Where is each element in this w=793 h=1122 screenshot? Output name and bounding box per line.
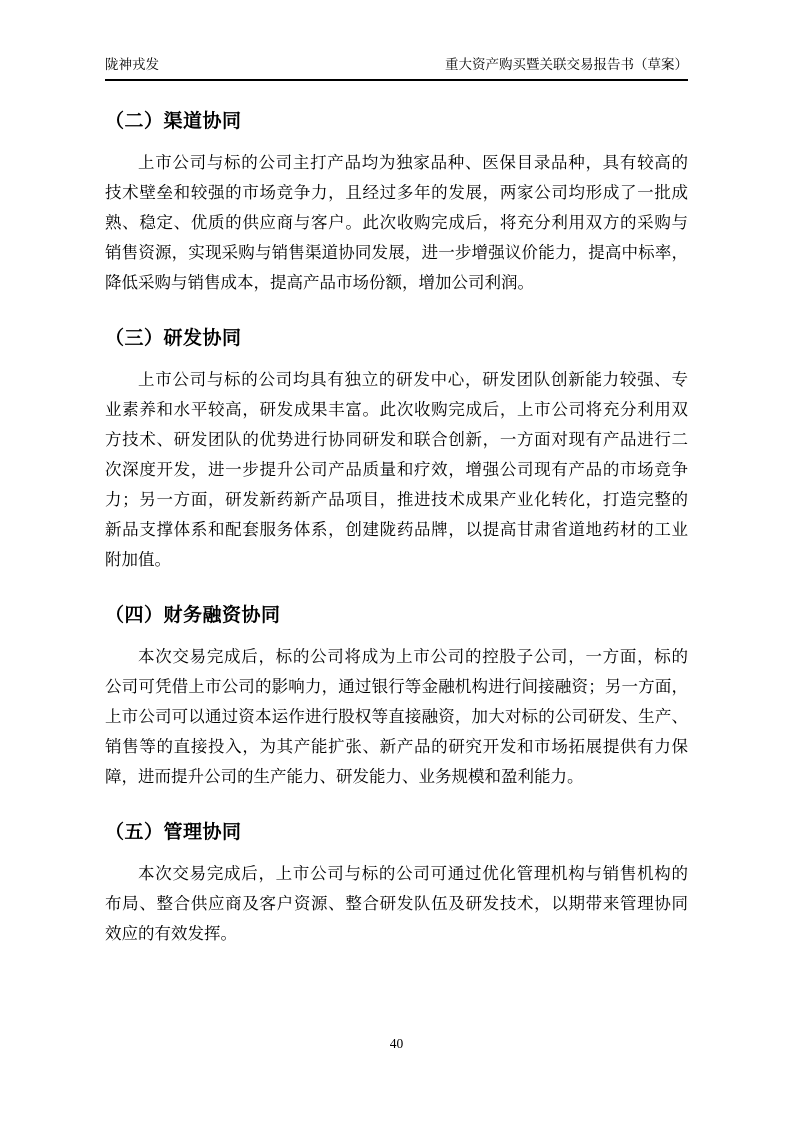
- paragraph-line: 力；另一方面，研发新药新产品项目，推进技术成果产业化转化，打造完整的: [105, 485, 688, 515]
- page-footer: 40: [0, 1036, 793, 1052]
- paragraph-line: 上市公司可以通过资本运作进行股权等直接融资，加大对标的公司研发、生产、: [105, 702, 688, 732]
- paragraph-line: 本次交易完成后，标的公司将成为上市公司的控股子公司，一方面，标的: [105, 642, 688, 672]
- section-paragraph: 上市公司与标的公司均具有独立的研发中心，研发团队创新能力较强、专业素养和水平较高…: [105, 365, 688, 575]
- header-right-title: 重大资产购买暨关联交易报告书（草案）: [445, 56, 688, 74]
- paragraph-line: 公司可凭借上市公司的影响力，通过银行等金融机构进行间接融资；另一方面，: [105, 672, 688, 702]
- paragraph-line: 本次交易完成后，上市公司与标的公司可通过优化管理机构与销售机构的: [105, 859, 688, 889]
- document-page: 陇神戎发 重大资产购买暨关联交易报告书（草案） （二）渠道协同上市公司与标的公司…: [0, 0, 793, 1122]
- paragraph-line: 熟、稳定、优质的供应商与客户。此次收购完成后，将充分利用双方的采购与: [105, 208, 688, 238]
- paragraph-line: 降低采购与销售成本，提高产品市场份额，增加公司利润。: [105, 268, 688, 298]
- paragraph-line: 布局、整合供应商及客户资源、整合研发队伍及研发技术，以期带来管理协同: [105, 889, 688, 919]
- document-body: （二）渠道协同上市公司与标的公司主打产品均为独家品种、医保目录品种，具有较高的技…: [105, 109, 688, 949]
- paragraph-line: 业素养和水平较高，研发成果丰富。此次收购完成后，上市公司将充分利用双: [105, 395, 688, 425]
- section-paragraph: 本次交易完成后，上市公司与标的公司可通过优化管理机构与销售机构的布局、整合供应商…: [105, 859, 688, 949]
- document-section: （三）研发协同上市公司与标的公司均具有独立的研发中心，研发团队创新能力较强、专业…: [105, 326, 688, 575]
- paragraph-line: 技术壁垒和较强的市场竞争力，且经过多年的发展，两家公司均形成了一批成: [105, 178, 688, 208]
- document-section: （五）管理协同本次交易完成后，上市公司与标的公司可通过优化管理机构与销售机构的布…: [105, 820, 688, 949]
- section-heading: （四）财务融资协同: [105, 603, 688, 629]
- section-heading: （三）研发协同: [105, 326, 688, 352]
- paragraph-line: 上市公司与标的公司均具有独立的研发中心，研发团队创新能力较强、专: [105, 365, 688, 395]
- paragraph-line: 附加值。: [105, 545, 688, 575]
- section-paragraph: 上市公司与标的公司主打产品均为独家品种、医保目录品种，具有较高的技术壁垒和较强的…: [105, 148, 688, 298]
- paragraph-line: 销售资源，实现采购与销售渠道协同发展，进一步增强议价能力，提高中标率，: [105, 238, 688, 268]
- page-header: 陇神戎发 重大资产购买暨关联交易报告书（草案）: [105, 56, 688, 81]
- page-number: 40: [390, 1036, 404, 1051]
- section-heading: （二）渠道协同: [105, 109, 688, 135]
- document-section: （四）财务融资协同本次交易完成后，标的公司将成为上市公司的控股子公司，一方面，标…: [105, 603, 688, 792]
- paragraph-line: 销售等的直接投入，为其产能扩张、新产品的研究开发和市场拓展提供有力保: [105, 732, 688, 762]
- paragraph-line: 障，进而提升公司的生产能力、研发能力、业务规模和盈利能力。: [105, 762, 688, 792]
- paragraph-line: 效应的有效发挥。: [105, 919, 688, 949]
- paragraph-line: 新品支撑体系和配套服务体系，创建陇药品牌，以提高甘肃省道地药材的工业: [105, 515, 688, 545]
- header-left-title: 陇神戎发: [105, 56, 159, 74]
- section-paragraph: 本次交易完成后，标的公司将成为上市公司的控股子公司，一方面，标的公司可凭借上市公…: [105, 642, 688, 792]
- paragraph-line: 上市公司与标的公司主打产品均为独家品种、医保目录品种，具有较高的: [105, 148, 688, 178]
- section-heading: （五）管理协同: [105, 820, 688, 846]
- document-section: （二）渠道协同上市公司与标的公司主打产品均为独家品种、医保目录品种，具有较高的技…: [105, 109, 688, 298]
- paragraph-line: 次深度开发，进一步提升公司产品质量和疗效，增强公司现有产品的市场竞争: [105, 455, 688, 485]
- paragraph-line: 方技术、研发团队的优势进行协同研发和联合创新，一方面对现有产品进行二: [105, 425, 688, 455]
